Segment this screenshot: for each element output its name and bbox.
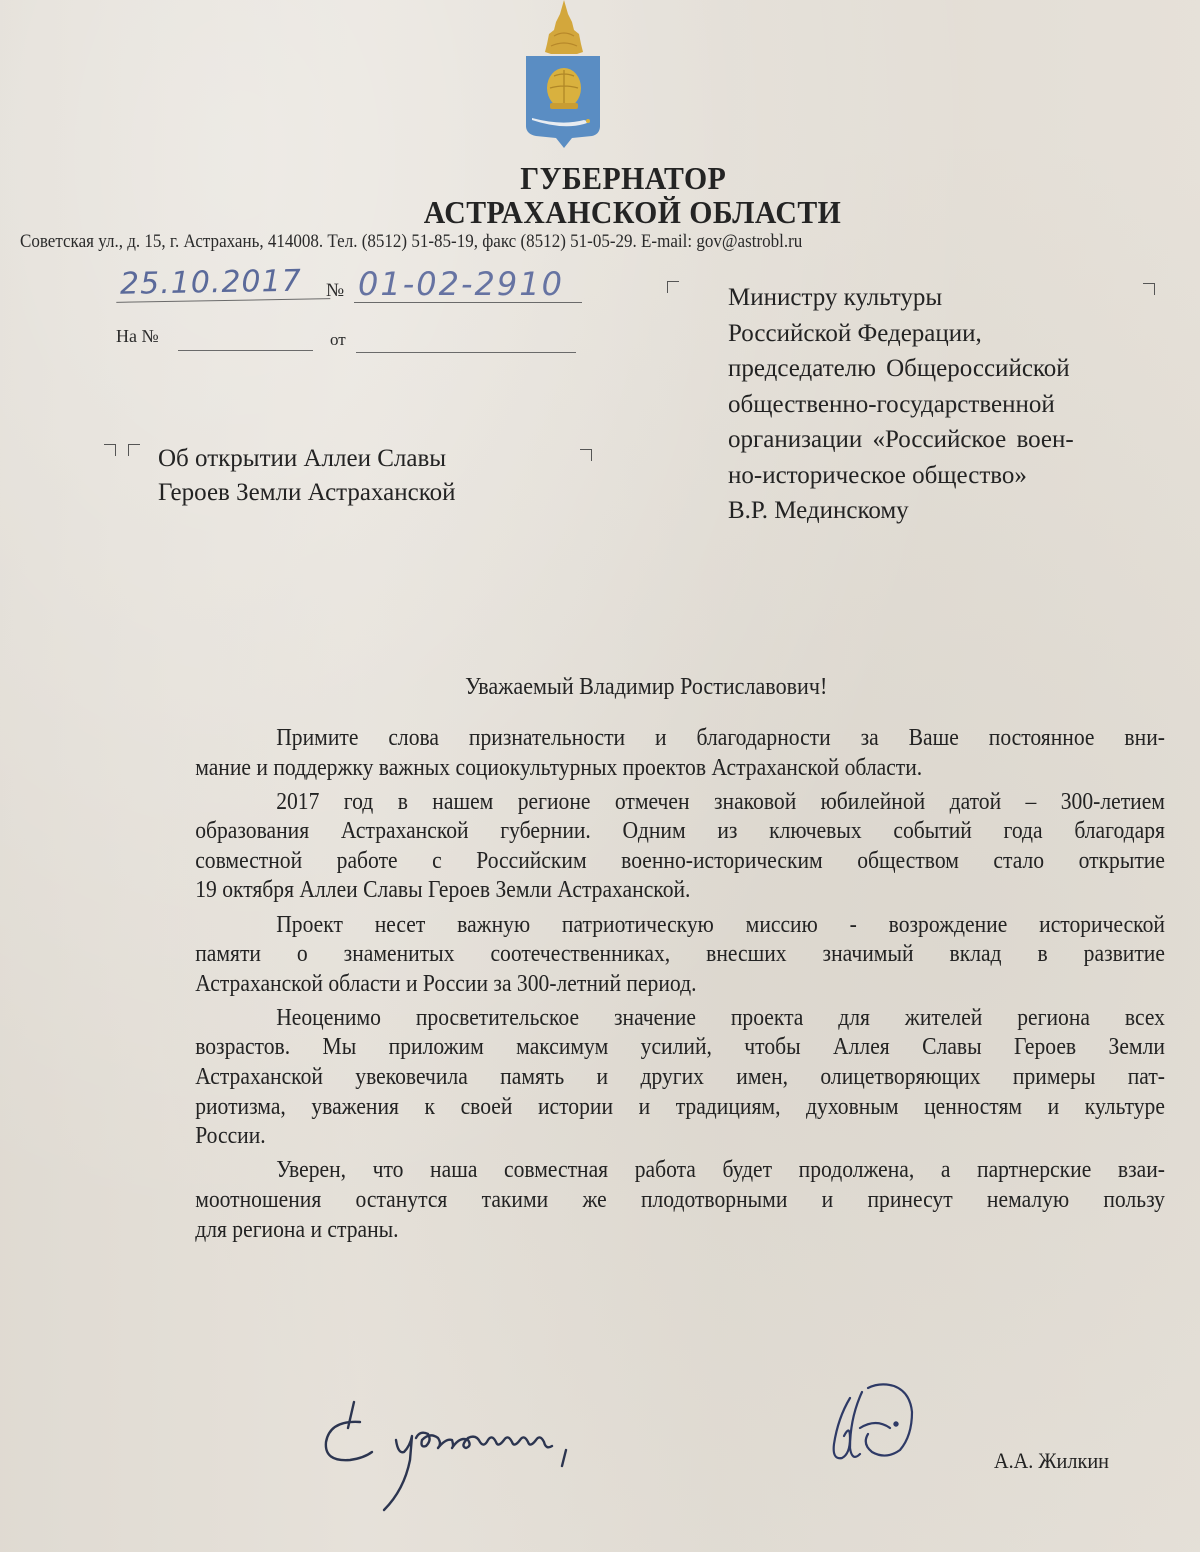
reply-date-field	[356, 332, 576, 353]
addressee-line: Министру культуры	[728, 280, 1168, 316]
sender-address: Советская ул., д. 15, г. Астрахань, 4140…	[20, 232, 1106, 253]
letter-body: Примите слова признательности и благодар…	[116, 724, 1166, 1250]
subject-line: Героев Земли Астраханской	[158, 476, 578, 510]
body-line: образования Астраханской губернии. Одним…	[116, 817, 1165, 847]
body-line: России.	[116, 1122, 1165, 1152]
signatory-name: А.А. Жилкин	[994, 1448, 1109, 1474]
addressee-line: Российской Федерации,	[728, 316, 1168, 352]
subject-corner-mark-outer	[104, 444, 116, 456]
reply-number-field	[178, 332, 313, 351]
addressee-line: организации «Российское воен-	[728, 422, 1168, 458]
body-line: возрастов. Мы приложим максимум усилий, …	[116, 1033, 1165, 1063]
body-line: Неоценимо просветительское значение прое…	[116, 1004, 1165, 1034]
reply-number-label: На №	[116, 326, 159, 347]
body-line: моотношения останутся такими же плодотво…	[116, 1186, 1165, 1216]
body-line: мание и поддержку важных социокультурных…	[116, 754, 1165, 784]
body-line: для региона и страны.	[116, 1216, 1165, 1246]
body-line: совместной работе с Российским военно-ис…	[116, 847, 1165, 877]
addressee-line: В.Р. Мединскому	[728, 493, 1168, 529]
body-line: Примите слова признательности и благодар…	[116, 724, 1165, 754]
outgoing-date-field: 25.10.2017	[116, 264, 331, 303]
coat-of-arms-icon	[524, 0, 604, 152]
handwritten-closing	[320, 1380, 660, 1520]
handwritten-signature-icon	[820, 1378, 970, 1478]
addressee-corner-mark-left	[667, 281, 679, 293]
addressee-line: но-историческое общество»	[728, 458, 1168, 494]
body-paragraph: Неоценимо просветительское значение прое…	[116, 1004, 1166, 1152]
body-paragraph: Проект несет важную патриотическую мисси…	[116, 911, 1166, 1000]
sender-title-line2: АСТРАХАНСКОЙ ОБЛАСТИ	[42, 194, 1158, 231]
subject-line: Об открытии Аллеи Славы	[158, 442, 578, 476]
body-line: 2017 год в нашем регионе отмечен знаково…	[116, 788, 1165, 818]
body-line: памяти о знаменитых соотечественниках, в…	[116, 940, 1165, 970]
body-line: 19 октября Аллеи Славы Героев Земли Астр…	[116, 876, 1165, 906]
addressee-block: Министру культуры Российской Федерации, …	[728, 280, 1168, 529]
body-paragraph: Уверен, что наша совместная работа будет…	[116, 1156, 1166, 1245]
sender-title-line1: ГУБЕРНАТОР	[42, 160, 1158, 197]
body-paragraph: Примите слова признательности и благодар…	[116, 724, 1166, 783]
body-line: Астраханской увековечила память и других…	[116, 1063, 1165, 1093]
body-line: Проект несет важную патриотическую мисси…	[116, 911, 1165, 941]
body-line: Астраханской области и России за 300-лет…	[116, 970, 1165, 1000]
body-line: Уверен, что наша совместная работа будет…	[116, 1156, 1165, 1186]
subject-corner-mark-right	[580, 449, 592, 461]
body-paragraph: 2017 год в нашем регионе отмечен знаково…	[116, 788, 1166, 906]
subject-corner-mark-left	[128, 444, 140, 456]
addressee-line: общественно-государственной	[728, 387, 1168, 423]
number-label: №	[326, 280, 344, 302]
addressee-line: председателю Общероссийской	[728, 351, 1168, 387]
reply-from-label: от	[330, 330, 346, 350]
salutation: Уважаемый Владимир Ростиславович!	[53, 674, 1157, 701]
body-line: риотизма, уважения к своей истории и тра…	[116, 1093, 1165, 1123]
outgoing-number-field: 01-02-2910	[354, 266, 582, 303]
subject-block: Об открытии Аллеи Славы Героев Земли Аст…	[158, 442, 578, 510]
